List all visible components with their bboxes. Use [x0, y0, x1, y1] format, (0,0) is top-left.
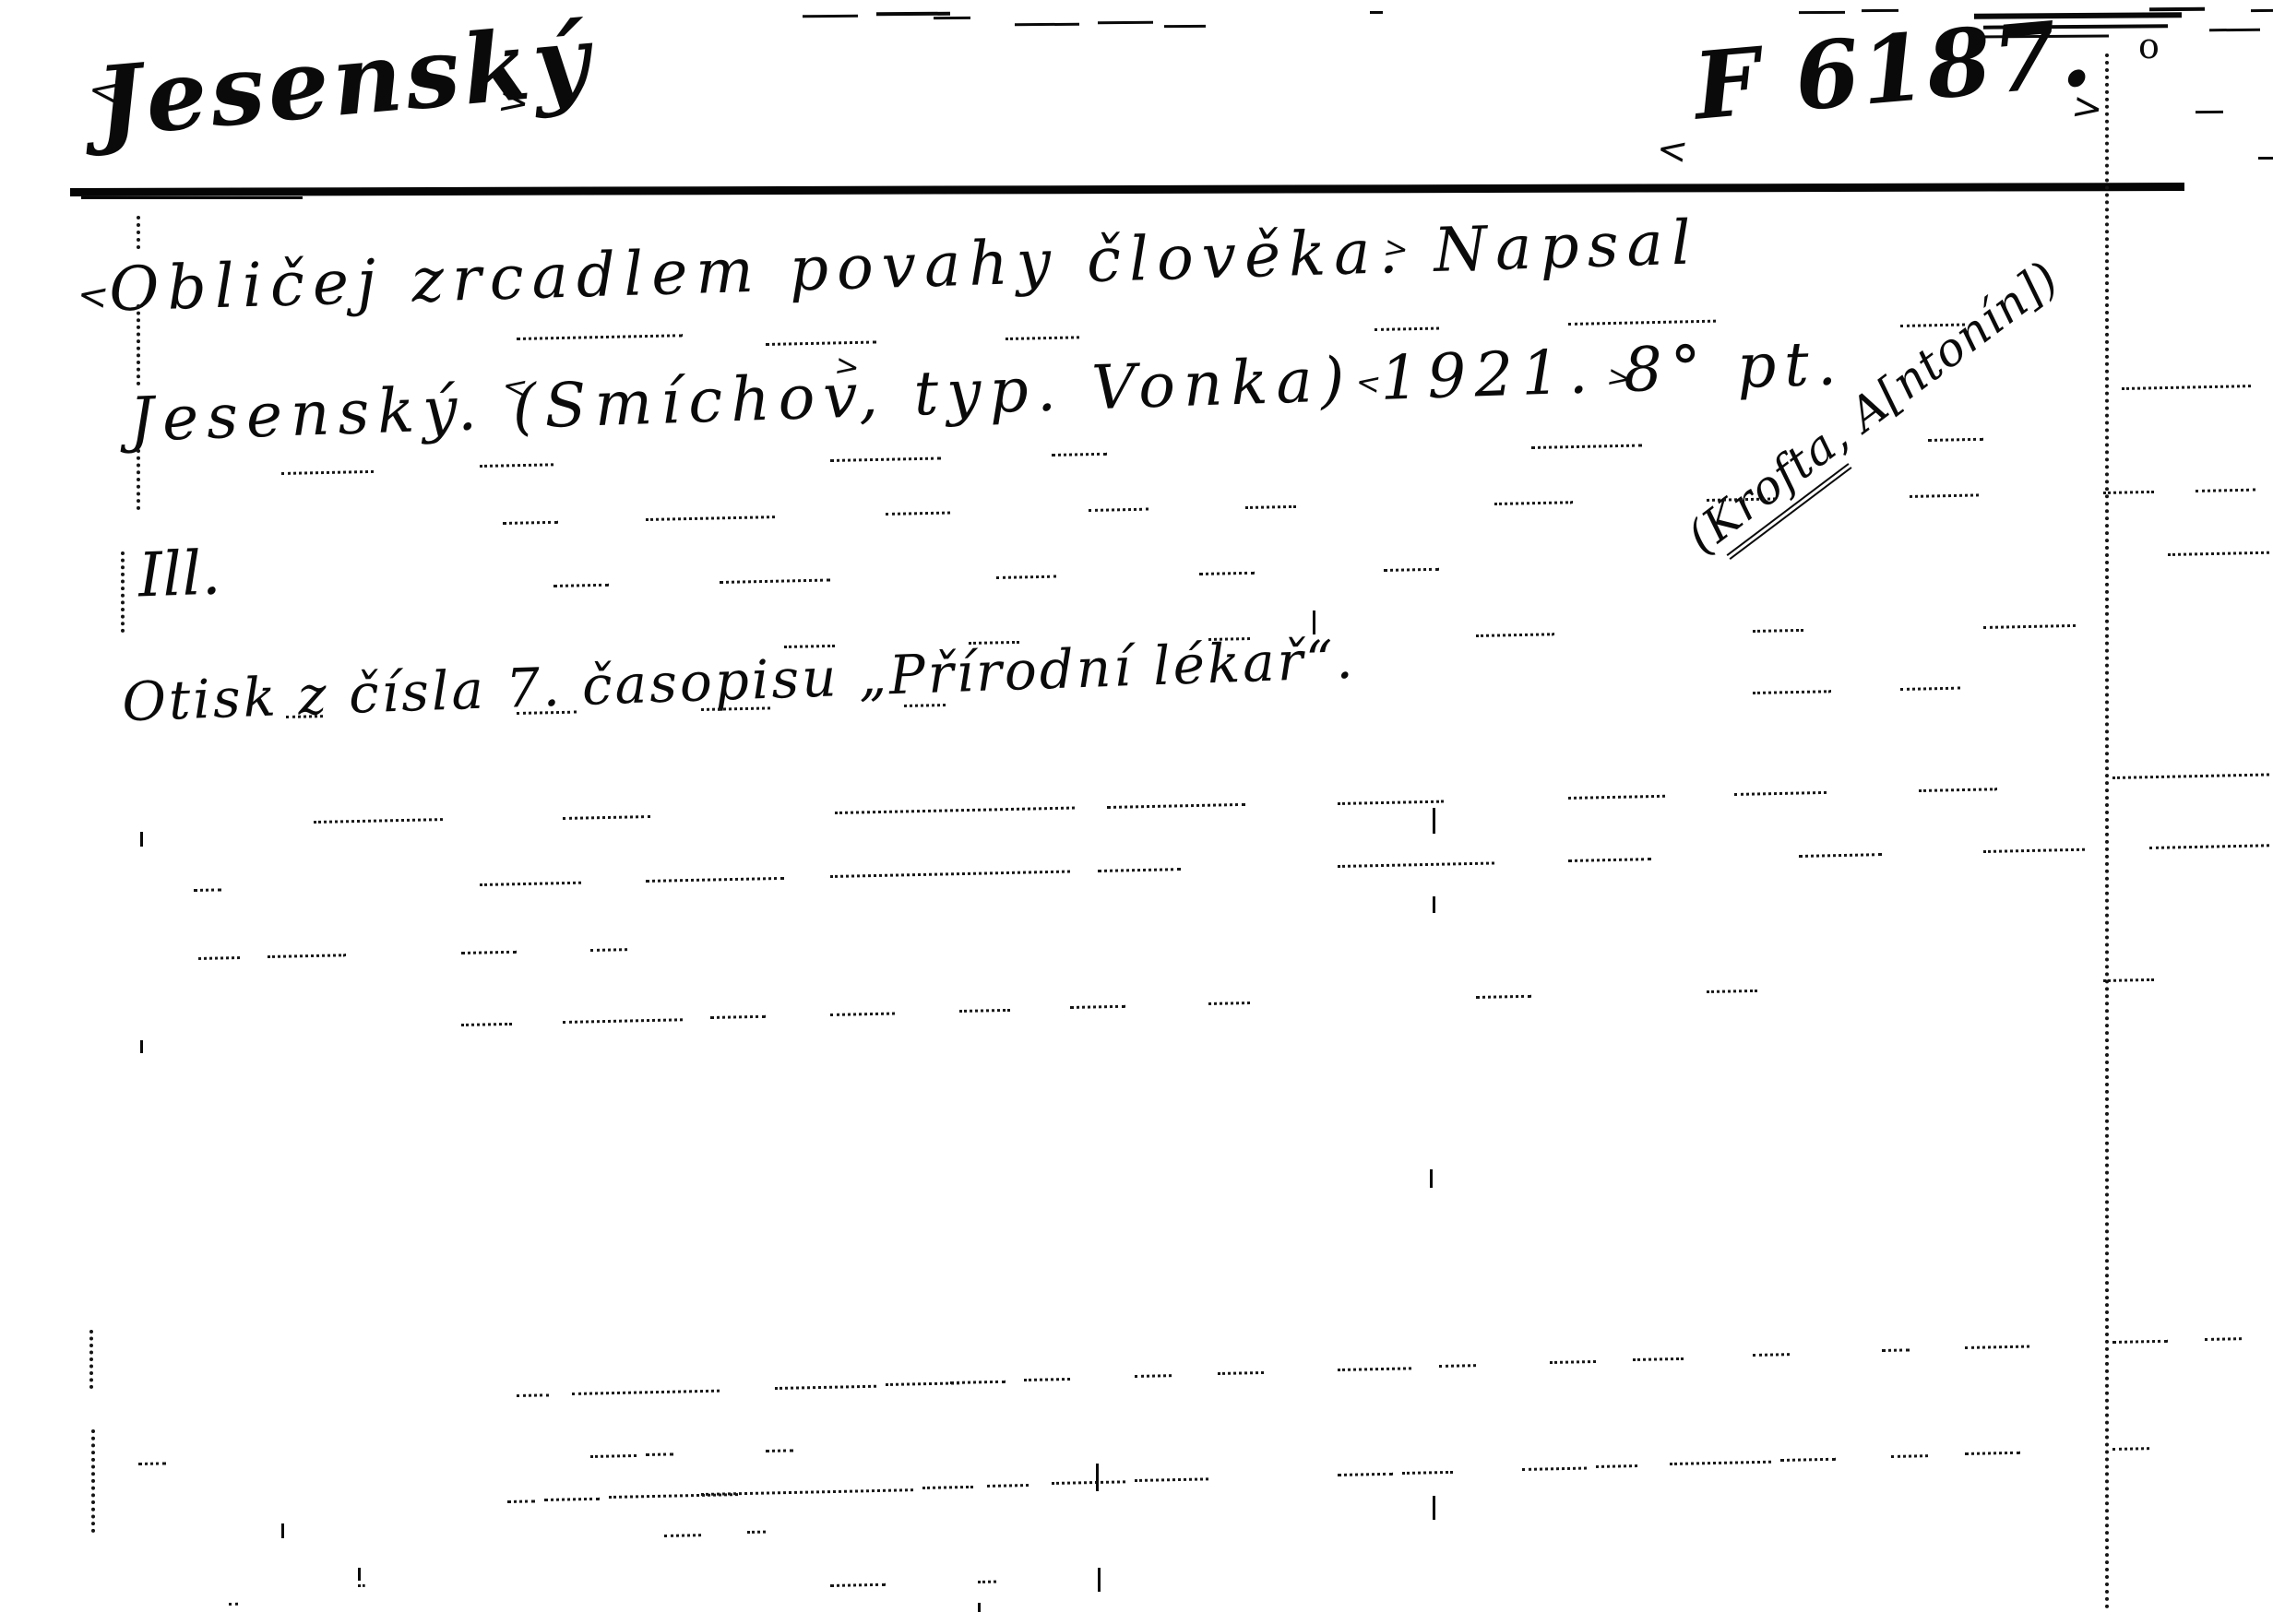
noise-dotted-rule — [1384, 568, 1439, 572]
noise-dotted-rule — [2103, 978, 2154, 982]
noise-dotted-rule — [959, 1009, 1010, 1013]
noise-dotted-rule — [563, 1018, 683, 1024]
noise-tick — [140, 832, 143, 847]
illustration-note: Ill. — [137, 537, 222, 610]
proof-mark-open-callnumber: < — [1654, 127, 1691, 173]
noise-dotted-rule — [720, 578, 830, 584]
noise-dotted-rule — [194, 888, 221, 892]
noise-dotted-rule — [563, 815, 650, 820]
margin-dotted-rule — [137, 304, 140, 385]
noise-dotted-rule — [1568, 320, 1716, 326]
noise-dotted-rule — [1439, 1364, 1476, 1368]
noise-dotted-rule — [1919, 788, 1997, 792]
annotation-name-underlined: Krofta — [1692, 418, 1851, 560]
proof-mark-close-smichov: > — [832, 347, 862, 385]
noise-tick — [1433, 808, 1435, 834]
noise-dotted-rule — [1089, 508, 1148, 512]
noise-dotted-rule — [1965, 1345, 2029, 1349]
noise-dotted-rule — [1199, 572, 1255, 575]
noise-dotted-rule — [1522, 1467, 1587, 1471]
title-line-2: Jesenský. (Smíchov, typ. Vonka) 1921. 8°… — [128, 327, 1846, 456]
noise-dotted-rule — [1476, 995, 1531, 999]
noise-dotted-rule — [1024, 1378, 1070, 1381]
noise-dash — [1862, 9, 1898, 12]
margin-dotted-rule — [91, 1429, 95, 1533]
catalog-card: < Jesenský > < F 6187. > o < Obličej zrc… — [0, 0, 2273, 1624]
noise-dotted-rule — [544, 1498, 600, 1501]
margin-dotted-rule — [89, 1330, 93, 1389]
noise-dotted-rule — [2168, 551, 2269, 556]
noise-dotted-rule — [553, 584, 609, 587]
noise-dotted-rule — [1135, 1477, 1208, 1482]
noise-dotted-rule — [1568, 858, 1651, 862]
noise-dash — [934, 17, 970, 19]
noise-dash — [876, 12, 950, 17]
margin-dotted-rule — [121, 551, 125, 633]
noise-dotted-rule — [138, 1462, 166, 1465]
noise-dotted-rule — [830, 871, 1070, 878]
noise-dash — [1164, 25, 1206, 28]
corner-mark: o — [2138, 26, 2160, 66]
noise-dotted-rule — [1052, 453, 1107, 456]
noise-dotted-rule — [198, 956, 240, 960]
noise-dotted-rule — [2103, 491, 2154, 494]
noise-dotted-rule — [229, 1603, 238, 1606]
noise-dotted-rule — [710, 1015, 766, 1019]
noise-dotted-rule — [1882, 1348, 1910, 1352]
noise-dotted-rule — [646, 877, 784, 883]
noise-dotted-rule — [2122, 385, 2251, 390]
noise-dotted-rule — [646, 1452, 673, 1456]
noise-dotted-rule — [2149, 844, 2269, 849]
noise-dotted-rule — [904, 704, 946, 707]
noise-dash — [2149, 7, 2205, 11]
noise-dotted-rule — [1338, 861, 1494, 868]
noise-dotted-rule — [1338, 800, 1444, 805]
noise-dash — [2209, 29, 2260, 31]
proof-mark-close-callnumber: > — [2069, 85, 2106, 131]
header-rule-fragment — [81, 196, 303, 199]
noise-dotted-rule — [2205, 1337, 2242, 1341]
noise-dotted-rule — [950, 1381, 1006, 1384]
noise-tick — [978, 1603, 981, 1612]
noise-dotted-rule — [1550, 1360, 1596, 1364]
noise-dotted-rule — [664, 1534, 701, 1537]
noise-dotted-rule — [766, 340, 876, 346]
noise-dotted-rule — [1208, 1002, 1250, 1005]
noise-dotted-rule — [1734, 791, 1827, 796]
noise-dotted-rule — [1338, 1367, 1411, 1371]
noise-dotted-rule — [1107, 803, 1245, 809]
noise-tick — [1430, 1169, 1433, 1188]
noise-dotted-rule — [2112, 1447, 2149, 1451]
heading-author: Jesenský — [92, 3, 597, 159]
noise-dotted-rule — [1753, 690, 1831, 694]
noise-dotted-rule — [1983, 848, 2085, 853]
proof-mark-open-title: < — [75, 273, 112, 319]
noise-dash — [803, 15, 858, 18]
noise-dotted-rule — [480, 463, 553, 468]
noise-dotted-rule — [1928, 438, 1983, 442]
noise-dash — [1799, 11, 1845, 14]
noise-dotted-rule — [1891, 1454, 1928, 1458]
annotation-author-krofta: (Krofta, A[ntonín]) — [1677, 251, 2068, 564]
noise-dotted-rule — [1494, 501, 1573, 505]
noise-dotted-rule — [2196, 489, 2255, 492]
noise-dash — [1974, 12, 2182, 19]
noise-dotted-rule — [830, 1013, 895, 1016]
noise-dotted-rule — [1753, 1353, 1790, 1357]
noise-dotted-rule — [572, 1390, 720, 1395]
noise-dotted-rule — [1983, 624, 2076, 629]
noise-tick — [1433, 1496, 1435, 1520]
noise-dotted-rule — [358, 1584, 365, 1587]
noise-tick — [140, 1040, 143, 1053]
noise-dotted-rule — [1900, 687, 1960, 691]
noise-dotted-rule — [987, 1484, 1029, 1488]
noise-dash — [2251, 9, 2273, 12]
noise-dotted-rule — [830, 456, 941, 462]
noise-dotted-rule — [517, 334, 683, 340]
noise-dotted-rule — [1780, 1458, 1836, 1462]
noise-dotted-rule — [1568, 795, 1665, 800]
noise-dotted-rule — [747, 1531, 766, 1534]
noise-dotted-rule — [1098, 868, 1181, 872]
noise-dotted-rule — [2112, 773, 2269, 779]
call-number: F 6187. — [1690, 0, 2098, 141]
noise-tick — [1313, 610, 1315, 634]
noise-dotted-rule — [1245, 505, 1296, 509]
noise-dotted-rule — [314, 818, 443, 824]
noise-dash — [2196, 111, 2223, 113]
noise-dotted-rule — [517, 1393, 549, 1397]
noise-tick — [1096, 1464, 1099, 1491]
proof-mark-open-smichov: < — [500, 367, 530, 405]
noise-dotted-rule — [1218, 1371, 1264, 1375]
annotation-rest: , A[ntonín]) — [1815, 251, 2068, 461]
noise-dotted-rule — [701, 1488, 913, 1496]
noise-dotted-rule — [461, 1023, 512, 1026]
header-rule — [70, 183, 2184, 196]
noise-dash — [1015, 23, 1079, 26]
noise-dotted-rule — [503, 521, 558, 525]
noise-tick — [358, 1568, 361, 1581]
noise-dotted-rule — [830, 1583, 886, 1587]
noise-dotted-rule — [766, 1449, 793, 1452]
noise-tick — [281, 1523, 284, 1538]
noise-dotted-rule — [1531, 444, 1642, 449]
noise-dotted-rule — [775, 1385, 876, 1390]
noise-dotted-rule — [1338, 1473, 1393, 1476]
noise-dotted-rule — [1965, 1452, 2020, 1455]
noise-dotted-rule — [268, 954, 346, 958]
noise-dotted-rule — [281, 470, 374, 475]
noise-dotted-rule — [1402, 1471, 1453, 1475]
noise-dotted-rule — [480, 882, 581, 886]
noise-dash — [1098, 21, 1153, 24]
noise-dotted-rule — [1707, 990, 1757, 993]
noise-dotted-rule — [886, 1381, 959, 1386]
noise-dotted-rule — [1135, 1374, 1172, 1378]
noise-dotted-rule — [978, 1581, 996, 1583]
noise-tick — [1098, 1568, 1101, 1592]
noise-dotted-rule — [1799, 853, 1882, 858]
noise-dotted-rule — [835, 807, 1075, 814]
noise-dotted-rule — [1596, 1464, 1637, 1468]
noise-dotted-rule — [1006, 336, 1079, 340]
noise-dotted-rule — [1375, 327, 1439, 331]
noise-dotted-rule — [1753, 629, 1803, 633]
noise-dotted-rule — [507, 1500, 535, 1503]
noise-dotted-rule — [886, 512, 950, 516]
noise-dotted-rule — [590, 1454, 637, 1458]
noise-dotted-rule — [1670, 1461, 1771, 1465]
noise-dotted-rule — [646, 516, 775, 521]
margin-dotted-rule — [137, 216, 140, 249]
noise-dotted-rule — [1910, 493, 1979, 498]
noise-dotted-rule — [1070, 1005, 1125, 1009]
noise-dotted-rule — [922, 1486, 973, 1489]
noise-dash — [1370, 11, 1383, 14]
noise-dotted-rule — [996, 575, 1056, 579]
noise-dotted-rule — [1052, 1480, 1125, 1485]
noise-dotted-rule — [1476, 633, 1554, 637]
noise-dash — [2258, 157, 2273, 160]
noise-dotted-rule — [2112, 1340, 2168, 1344]
title-line-1: Obličej zrcadlem povahy člověka. Napsal — [108, 207, 1700, 325]
proof-mark-before-format: > — [1604, 358, 1634, 396]
proof-mark-before-napsal: > — [1381, 229, 1410, 267]
noise-dotted-rule — [1633, 1357, 1684, 1361]
noise-dotted-rule — [590, 948, 627, 952]
proof-mark-close-heading: > — [495, 79, 532, 125]
noise-dotted-rule — [461, 951, 517, 954]
margin-dotted-rule — [2105, 53, 2109, 1610]
proof-mark-open-year: < — [1353, 363, 1383, 401]
margin-dotted-rule — [137, 449, 140, 510]
noise-tick — [1433, 896, 1435, 913]
